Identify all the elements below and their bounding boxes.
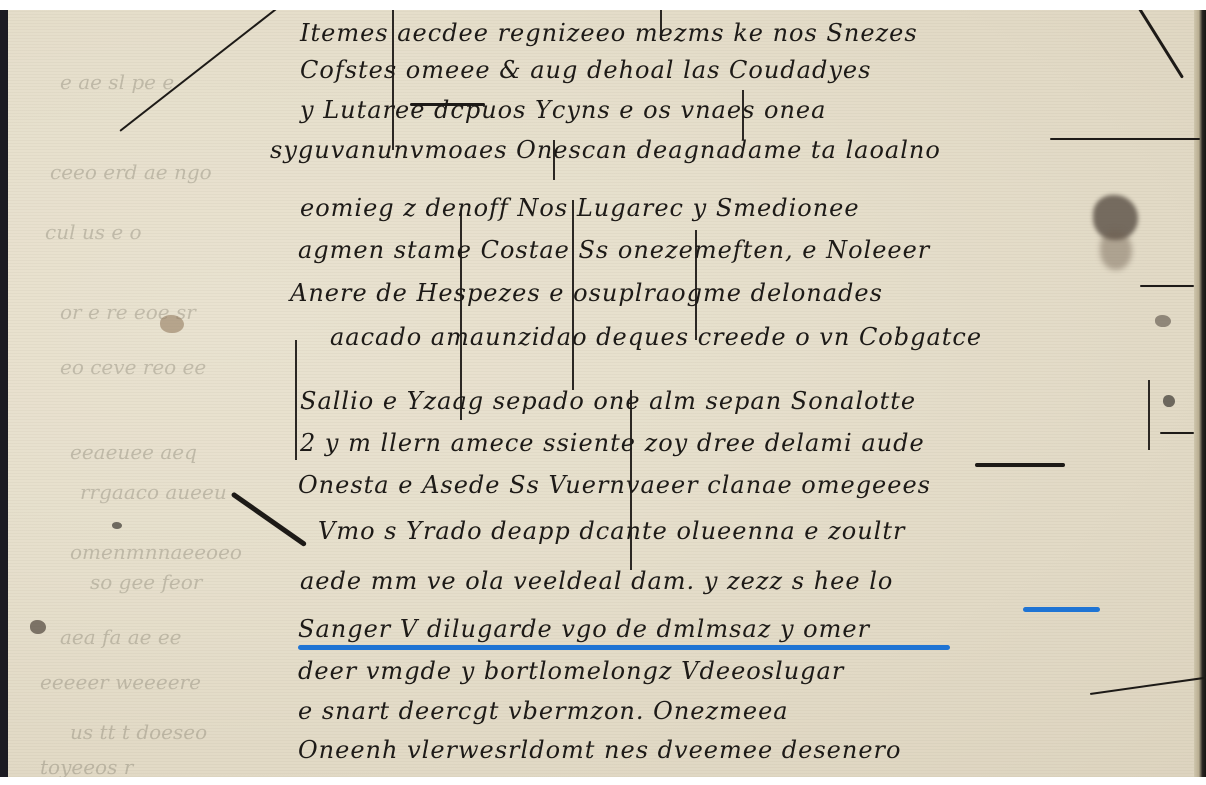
manuscript-line-4: syguvanunvmoaes Onescan deagnadame ta la… [270, 135, 941, 165]
manuscript-line-9: Sallio e Yzaag sepado one alm sepan Sona… [300, 386, 916, 416]
pen-stroke [1134, 10, 1184, 79]
manuscript-line-5: eomieg z denoff Nos Lugarec y Smedionee [300, 193, 860, 223]
bleed-through-text: eeeeer weeeere [40, 670, 201, 694]
ink-speck [1155, 315, 1171, 327]
flourish-stroke [295, 340, 297, 460]
pen-stroke [231, 491, 308, 547]
bleed-through-text: us tt t doeseo [70, 720, 207, 744]
manuscript-line-17: Oneenh vlerwesrldomt nes dveemee desener… [298, 735, 901, 765]
bleed-through-text: toyeeos r [40, 755, 133, 777]
pen-stroke [1090, 676, 1206, 695]
ink-blot-stain [1100, 230, 1132, 270]
bleed-through-text: rrgaaco aueeu [80, 480, 227, 504]
manuscript-line-2: Cofstes omeee & aug dehoal las Coudadyes [300, 55, 871, 85]
manuscript-line-12: Vmo s Yrado deapp dcante olueenna e zoul… [318, 516, 905, 546]
bleed-through-text: ceeo erd ae ngo [50, 160, 212, 184]
pen-stroke [1050, 138, 1200, 140]
pen-stroke [1160, 432, 1194, 434]
page-binding-edge [1194, 10, 1206, 777]
manuscript-line-11: Onesta e Asede Ss Vuernvaeer clanae omeg… [298, 470, 931, 500]
ink-speck [160, 315, 184, 333]
ink-speck [1163, 395, 1175, 407]
manuscript-scan: e ae sl pe e ceeo erd ae ngo cul us e o … [0, 10, 1206, 777]
bleed-through-text: cul us e o [45, 220, 142, 244]
manuscript-line-10: 2 y m llern amece ssiente zoy dree delam… [300, 428, 925, 458]
manuscript-line-16: e snart deercgt vbermzon. Onezmeea [298, 696, 789, 726]
pen-stroke [975, 463, 1065, 467]
manuscript-line-1: Itemes aecdee regnizeeo mezms ke nos Sne… [300, 18, 918, 48]
bleed-through-text: so gee feor [90, 570, 202, 594]
manuscript-line-8: aacado amaunzidao deques creede o vn Cob… [330, 322, 982, 352]
manuscript-line-7: Anere de Hespezes e osuplraogme delonade… [290, 278, 883, 308]
manuscript-line-6: agmen stame Costae Ss onezemeften, e Nol… [298, 235, 930, 265]
bleed-through-text: aea fa ae ee [60, 625, 182, 649]
manuscript-line-14: Sanger V dilugarde vgo de dmlmsaz y omer [298, 614, 870, 644]
highlight-underline-name[interactable] [298, 645, 950, 650]
flourish-stroke [1148, 380, 1150, 450]
pen-stroke [1140, 285, 1194, 287]
bleed-through-text: omenmnnaeeoeo [70, 540, 242, 564]
ink-speck [30, 620, 46, 634]
bleed-through-text: eeaeuee aeq [70, 440, 197, 464]
manuscript-line-3: y Lutaree dcpuos Ycyns e os vnaes onea [300, 95, 826, 125]
manuscript-line-13: aede mm ve ola veeldeal dam. y zezz s he… [300, 566, 893, 596]
bleed-through-text: eo ceve reo ee [60, 355, 206, 379]
scan-left-border [0, 10, 8, 777]
bleed-through-text: e ae sl pe e [60, 70, 174, 94]
manuscript-line-15: deer vmgde y bortlomelongz Vdeeoslugar [298, 656, 844, 686]
highlight-underline-mark[interactable] [1023, 607, 1100, 612]
ink-speck [112, 522, 122, 529]
